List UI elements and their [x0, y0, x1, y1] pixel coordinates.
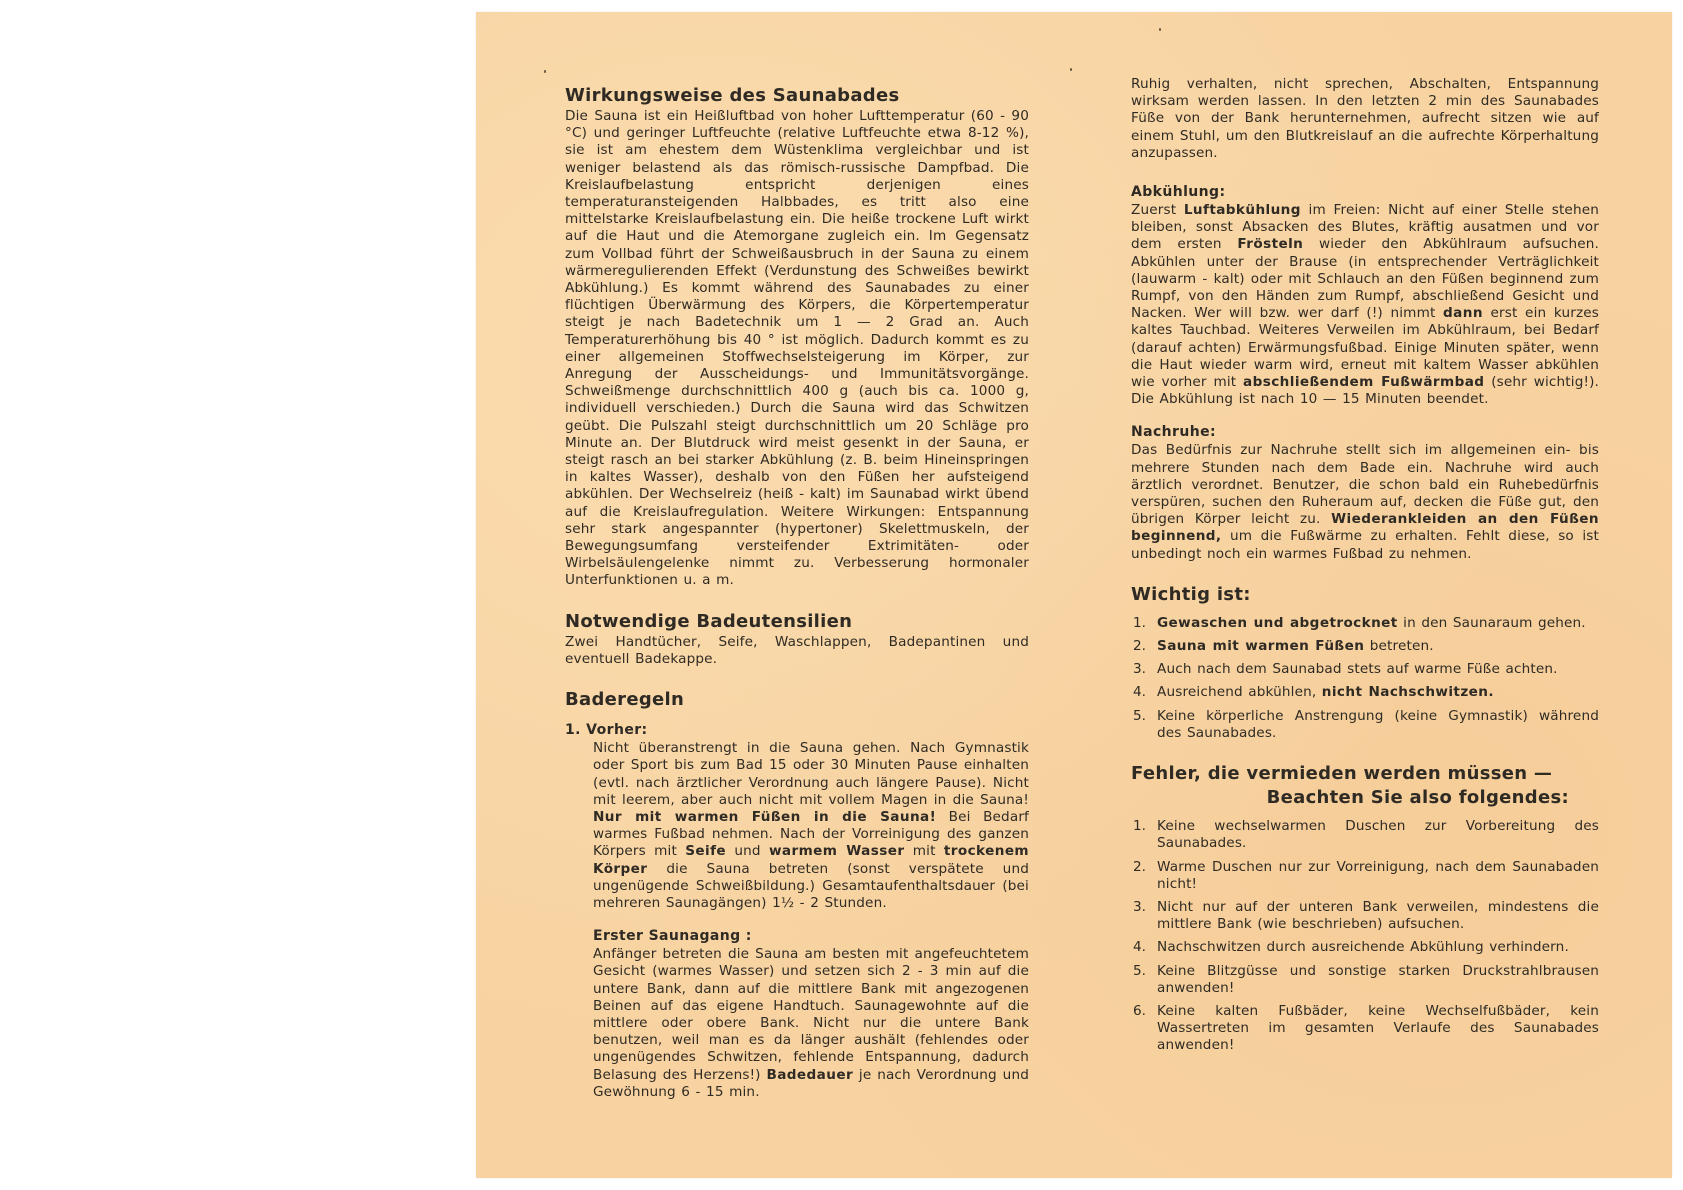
body-text: Keine körperliche Anstrengung (keine Gym… [1157, 708, 1599, 741]
list-item-number: 2. [1133, 859, 1146, 876]
body-text: Warme Duschen nur zur Vorreinigung, nach… [1157, 859, 1599, 892]
heading-wichtig: Wichtig ist: [1131, 583, 1599, 607]
list-item: 5.Keine Blitzgüsse und sonstige starken … [1131, 963, 1599, 997]
body-text: und [726, 843, 769, 859]
list-item-number: 4. [1133, 684, 1146, 701]
emphasis-text: Seife [685, 843, 726, 859]
section-abkuehlung: Abkühlung: Zuerst Luftabkühlung im Freie… [1131, 182, 1599, 408]
paragraph-continuation: Ruhig verhalten, nicht sprechen, Abschal… [1131, 76, 1599, 162]
emphasis-text: Luftabkühlung [1184, 202, 1301, 218]
heading-wirkungsweise: Wirkungsweise des Saunabades [565, 84, 1029, 108]
list-item-text: Warme Duschen nur zur Vorreinigung, nach… [1157, 859, 1599, 893]
body-text: Keine wechselwarmen Duschen zur Vorberei… [1157, 818, 1599, 851]
emphasis-text: dann [1443, 305, 1483, 321]
paragraph-vorher: Nicht überanstrengt in die Sauna gehen. … [593, 740, 1029, 912]
list-item: 4.Ausreichend abkühlen, nicht Nachschwit… [1131, 684, 1599, 701]
body-text: Nicht überanstrengt in die Sauna gehen. … [593, 740, 1029, 808]
body-text: Anfänger betreten die Sauna am besten mi… [593, 946, 1029, 1082]
body-text: Nachschwitzen durch ausreichende Abkühlu… [1157, 939, 1569, 955]
list-item: 1.Gewaschen und abgetrocknet in den Saun… [1131, 615, 1599, 632]
list-item: 4.Nachschwitzen durch ausreichende Abküh… [1131, 939, 1599, 956]
subheading-abkuehlung: Abkühlung: [1131, 182, 1599, 202]
section-badeutensilien: Notwendige Badeutensilien Zwei Handtüche… [565, 610, 1029, 668]
list-fehler: 1.Keine wechselwarmen Duschen zur Vorber… [1131, 818, 1599, 1054]
list-item-text: Keine Blitzgüsse und sonstige starken Dr… [1157, 963, 1599, 997]
section-nachruhe: Nachruhe: Das Bedürfnis zur Nachruhe ste… [1131, 422, 1599, 562]
emphasis-text: nicht Nachschwitzen. [1322, 684, 1494, 700]
list-item-text: Keine wechselwarmen Duschen zur Vorberei… [1157, 818, 1599, 852]
body-text: in den Saunaraum gehen. [1398, 615, 1586, 631]
body-text: Zuerst [1131, 202, 1184, 218]
list-item: 3.Auch nach dem Saunabad stets auf warme… [1131, 661, 1599, 678]
vorher-title: Vorher: [586, 722, 647, 738]
list-item: 2.Sauna mit warmen Füßen betreten. [1131, 638, 1599, 655]
list-item-text: Ausreichend abkühlen, nicht Nachschwitze… [1157, 684, 1599, 701]
body-text: betreten. [1364, 638, 1433, 654]
list-item-number: 5. [1133, 708, 1146, 725]
emphasis-text: abschließendem Fußwärmbad [1243, 374, 1484, 390]
list-item-text: Gewaschen und abgetrocknet in den Saunar… [1157, 615, 1599, 632]
emphasis-text: Frösteln [1237, 236, 1303, 252]
body-text: Keine kalten Fußbäder, keine Wechselfußb… [1157, 1003, 1599, 1053]
body-text: Nicht nur auf der unteren Bank verweilen… [1157, 899, 1599, 932]
list-item-number: 3. [1133, 661, 1146, 678]
emphasis-text: warmem Wasser [769, 843, 905, 859]
list-item-number: 2. [1133, 638, 1146, 655]
body-text: Auch nach dem Saunabad stets auf warme F… [1157, 661, 1558, 677]
section-wichtig: Wichtig ist: 1.Gewaschen und abgetrockne… [1131, 583, 1599, 742]
subheading-vorher: 1. Vorher: [565, 720, 1029, 740]
list-item-text: Keine kalten Fußbäder, keine Wechselfußb… [1157, 1003, 1599, 1055]
list-item-number: 4. [1133, 939, 1146, 956]
list-item: 1.Keine wechselwarmen Duschen zur Vorber… [1131, 818, 1599, 852]
body-text: Zwei Handtücher, Seife, Waschlappen, Bad… [565, 634, 1029, 667]
body-text: die Sauna betreten (sonst verspätete und… [593, 861, 1029, 911]
list-item-text: Sauna mit warmen Füßen betreten. [1157, 638, 1599, 655]
body-text: Ruhig verhalten, nicht sprechen, Abschal… [1131, 76, 1599, 161]
paragraph-erster-saunagang: Anfänger betreten die Sauna am besten mi… [593, 946, 1029, 1101]
subheading-erster-saunagang: Erster Saunagang : [593, 926, 1029, 946]
emphasis-text: Badedauer [766, 1067, 853, 1083]
list-item: 3.Nicht nur auf der unteren Bank verweil… [1131, 899, 1599, 933]
list-wichtig: 1.Gewaschen und abgetrocknet in den Saun… [1131, 615, 1599, 742]
emphasis-text: Nur mit warmen Füßen in die Sauna! [593, 809, 936, 825]
body-text: Keine Blitzgüsse und sonstige starken Dr… [1157, 963, 1599, 996]
paper-speck [1159, 28, 1161, 31]
list-item-text: Nachschwitzen durch ausreichende Abkühlu… [1157, 939, 1599, 956]
heading-fehler-line2: Beachten Sie also folgendes: [1131, 786, 1599, 810]
body-text: mit [904, 843, 943, 859]
paper-speck [1070, 68, 1072, 71]
right-column: Ruhig verhalten, nicht sprechen, Abschal… [1131, 76, 1599, 1061]
paragraph-abkuehlung: Zuerst Luftabkühlung im Freien: Nicht au… [1131, 202, 1599, 408]
section-fehler: Fehler, die vermieden werden müssen — Be… [1131, 762, 1599, 1054]
list-item-text: Keine körperliche Anstrengung (keine Gym… [1157, 708, 1599, 742]
paragraph-nachruhe: Das Bedürfnis zur Nachruhe stellt sich i… [1131, 442, 1599, 562]
document-page: Wirkungsweise des Saunabades Die Sauna i… [476, 12, 1672, 1178]
paper-speck [544, 70, 546, 73]
emphasis-text: Sauna mit warmen Füßen [1157, 638, 1364, 654]
subheading-nachruhe: Nachruhe: [1131, 422, 1599, 442]
list-item: 6.Keine kalten Fußbäder, keine Wechselfu… [1131, 1003, 1599, 1055]
left-column: Wirkungsweise des Saunabades Die Sauna i… [565, 84, 1029, 1101]
emphasis-text: Gewaschen und abgetrocknet [1157, 615, 1398, 631]
heading-fehler-line1: Fehler, die vermieden werden müssen — [1131, 762, 1599, 786]
list-item-number: 5. [1133, 963, 1146, 980]
list-item-number: 3. [1133, 899, 1146, 916]
list-item-number: 1. [1133, 818, 1146, 835]
list-item-text: Auch nach dem Saunabad stets auf warme F… [1157, 661, 1599, 678]
paragraph-badeutensilien: Zwei Handtücher, Seife, Waschlappen, Bad… [565, 634, 1029, 668]
paragraph-wirkungsweise: Die Sauna ist ein Heißluftbad von hoher … [565, 108, 1029, 590]
body-text: Die Sauna ist ein Heißluftbad von hoher … [565, 108, 1029, 588]
list-item-text: Nicht nur auf der unteren Bank verweilen… [1157, 899, 1599, 933]
heading-badeutensilien: Notwendige Badeutensilien [565, 610, 1029, 634]
section-baderegeln: Baderegeln 1. Vorher: Nicht überanstreng… [565, 688, 1029, 1101]
body-text: Ausreichend abkühlen, [1157, 684, 1322, 700]
vorher-number: 1. [565, 722, 581, 738]
heading-baderegeln: Baderegeln [565, 688, 1029, 712]
list-item: 5.Keine körperliche Anstrengung (keine G… [1131, 708, 1599, 742]
list-item-number: 1. [1133, 615, 1146, 632]
section-wirkungsweise: Wirkungsweise des Saunabades Die Sauna i… [565, 84, 1029, 590]
list-item-number: 6. [1133, 1003, 1146, 1020]
list-item: 2.Warme Duschen nur zur Vorreinigung, na… [1131, 859, 1599, 893]
